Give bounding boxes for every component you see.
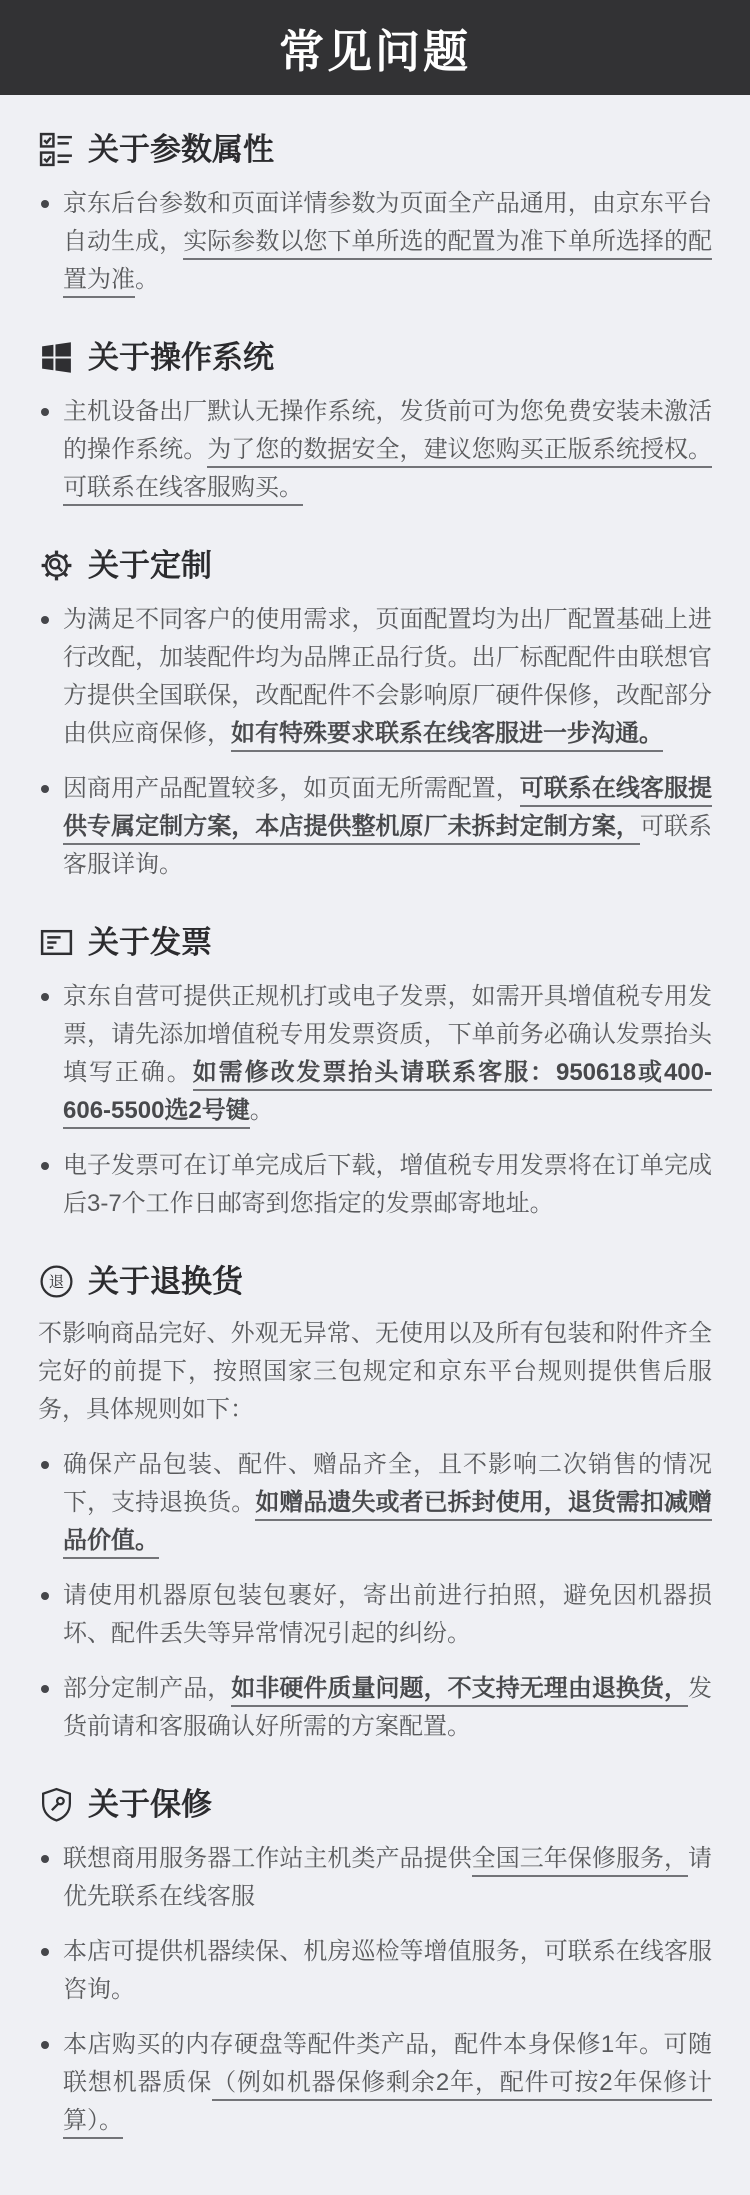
faq-section-returns: 退关于退换货不影响商品完好、外观无异常、无使用以及所有包装和附件齐全完好的前提下… — [38, 1263, 712, 1746]
bullet-dot — [41, 993, 49, 1001]
bullet-dot — [41, 616, 49, 624]
text-run: 因商用产品配置较多，如页面无所需配置， — [63, 775, 520, 805]
text-run: 不影响商品完好、外观无异常、无使用以及所有包装和附件齐全完好的前提下，按照国家三… — [38, 1320, 712, 1426]
text-run: 本店可提供机器续保、机房巡检等增值服务，可联系在线客服咨询。 — [63, 1938, 712, 2006]
faq-section-operating-system: 关于操作系统主机设备出厂默认无操作系统，发货前可为您免费安装未激活的操作系统。为… — [38, 339, 712, 507]
faq-section-warranty: 关于保修联想商用服务器工作站主机类产品提供全国三年保修服务，请优先联系在线客服本… — [38, 1786, 712, 2140]
text-run: 请使用机器原包装包裹好，寄出前进行拍照，避免因机器损坏、配件丢失等异常情况引起的… — [63, 1582, 712, 1650]
bullet-dot — [41, 1855, 49, 1863]
bullet-paragraph: 本店购买的内存硬盘等配件类产品，配件本身保修1年。可随联想机器质保（例如机器保修… — [38, 2026, 712, 2140]
text-run: 如有特殊要求联系在线客服进一步沟通。 — [231, 720, 663, 752]
text-run: 联想商用服务器工作站主机类产品提供 — [63, 1845, 472, 1875]
section-header: 关于定制 — [38, 547, 712, 584]
section-title: 关于定制 — [88, 548, 212, 584]
bullet-paragraph: 为满足不同客户的使用需求，页面配置均为出厂配置基础上进行改配，加装配件均为品牌正… — [38, 601, 712, 753]
faq-section-invoice: 关于发票京东自营可提供正规机打或电子发票，如需开具增值税专用发票，请先添加增值税… — [38, 924, 712, 1223]
section-header: 退关于退换货 — [38, 1263, 712, 1300]
page-header: 常见问题 — [0, 0, 750, 95]
text-run: 。 — [250, 1097, 274, 1127]
section-title: 关于退换货 — [88, 1264, 243, 1300]
bullet-paragraph: 因商用产品配置较多，如页面无所需配置，可联系在线客服提供专属定制方案，本店提供整… — [38, 770, 712, 884]
section-header: 关于参数属性 — [38, 131, 712, 168]
windows-icon — [38, 339, 75, 376]
bullet-paragraph: 京东后台参数和页面详情参数为页面全产品通用，由京东平台自动生成，实际参数以您下单… — [38, 185, 712, 299]
section-header: 关于操作系统 — [38, 339, 712, 376]
shield-wrench-icon — [38, 1786, 75, 1823]
checklist-icon — [38, 131, 75, 168]
text-run: 部分定制产品， — [63, 1675, 231, 1705]
bullet-paragraph: 主机设备出厂默认无操作系统，发货前可为您免费安装未激活的操作系统。为了您的数据安… — [38, 393, 712, 507]
bullet-paragraph: 确保产品包装、配件、赠品齐全，且不影响二次销售的情况下，支持退换货。如赠品遗失或… — [38, 1446, 712, 1560]
invoice-icon — [38, 924, 75, 961]
bullet-dot — [41, 200, 49, 208]
bullet-dot — [41, 2041, 49, 2049]
return-icon: 退 — [38, 1263, 75, 1300]
bullet-dot — [41, 408, 49, 416]
section-title: 关于保修 — [88, 1787, 212, 1823]
bullet-dot — [41, 1461, 49, 1469]
text-run: 全国三年保修服务， — [472, 1845, 688, 1877]
text-run: 如非硬件质量问题，不支持无理由退换货， — [231, 1675, 688, 1707]
text-run: 。 — [135, 266, 159, 296]
faq-section-customization: 关于定制为满足不同客户的使用需求，页面配置均为出厂配置基础上进行改配，加装配件均… — [38, 547, 712, 884]
bullet-paragraph: 本店可提供机器续保、机房巡检等增值服务，可联系在线客服咨询。 — [38, 1933, 712, 2009]
bullet-dot — [41, 1948, 49, 1956]
bullet-paragraph: 京东自营可提供正规机打或电子发票，如需开具增值税专用发票，请先添加增值税专用发票… — [38, 978, 712, 1130]
bullet-dot — [41, 1685, 49, 1693]
intro-paragraph: 不影响商品完好、外观无异常、无使用以及所有包装和附件齐全完好的前提下，按照国家三… — [38, 1315, 712, 1429]
page-title: 常见问题 — [279, 15, 471, 80]
section-header: 关于保修 — [38, 1786, 712, 1823]
text-run: 电子发票可在订单完成后下载，增值税专用发票将在订单完成后3-7个工作日邮寄到您指… — [63, 1152, 712, 1220]
section-title: 关于操作系统 — [88, 340, 274, 376]
faq-content: 关于参数属性京东后台参数和页面详情参数为页面全产品通用，由京东平台自动生成，实际… — [0, 95, 750, 2195]
bullet-paragraph: 联想商用服务器工作站主机类产品提供全国三年保修服务，请优先联系在线客服 — [38, 1840, 712, 1916]
bullet-dot — [41, 785, 49, 793]
bullet-paragraph: 请使用机器原包装包裹好，寄出前进行拍照，避免因机器损坏、配件丢失等异常情况引起的… — [38, 1577, 712, 1653]
bullet-paragraph: 电子发票可在订单完成后下载，增值税专用发票将在订单完成后3-7个工作日邮寄到您指… — [38, 1147, 712, 1223]
faq-section-parameters: 关于参数属性京东后台参数和页面详情参数为页面全产品通用，由京东平台自动生成，实际… — [38, 131, 712, 299]
section-title: 关于参数属性 — [88, 132, 274, 168]
bullet-dot — [41, 1162, 49, 1170]
section-header: 关于发票 — [38, 924, 712, 961]
section-title: 关于发票 — [88, 925, 212, 961]
gear-search-icon — [38, 547, 75, 584]
bullet-dot — [41, 1592, 49, 1600]
bullet-paragraph: 部分定制产品，如非硬件质量问题，不支持无理由退换货，发货前请和客服确认好所需的方… — [38, 1670, 712, 1746]
svg-text:退: 退 — [49, 1273, 64, 1291]
